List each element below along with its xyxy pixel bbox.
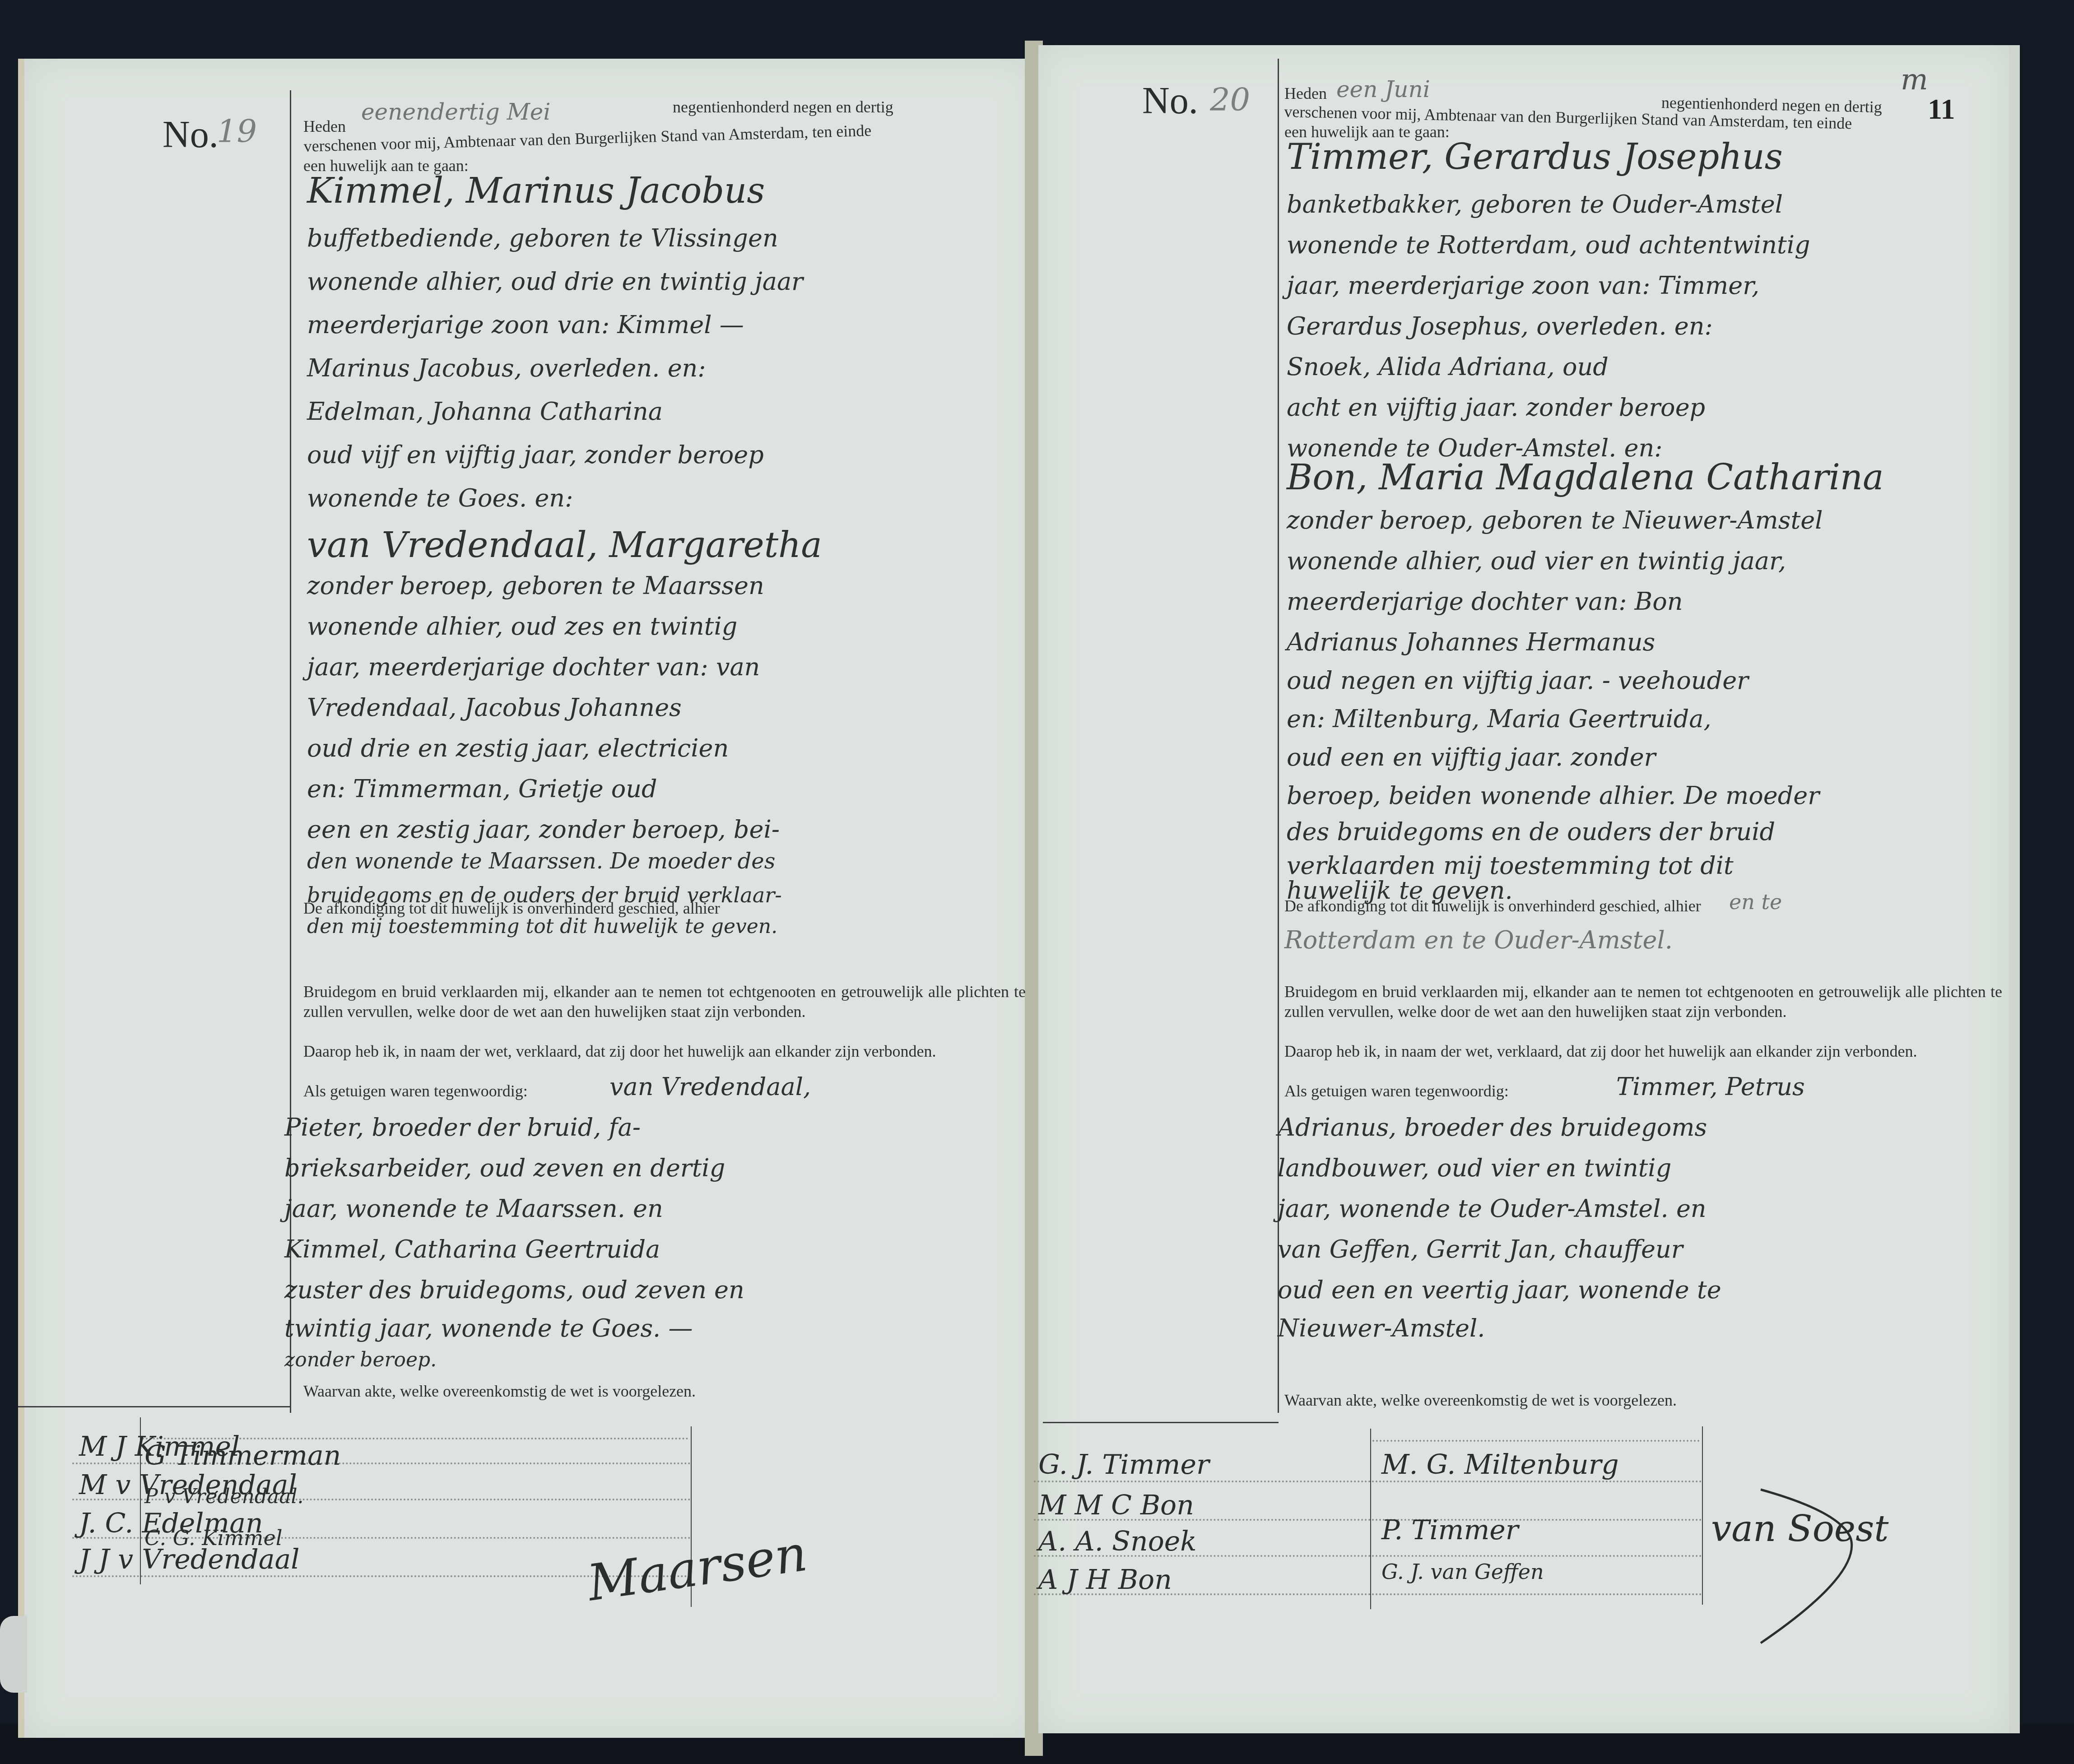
body-line: buffetbediende, geboren te Vlissingen	[307, 217, 778, 260]
witness-line: landbouwer, oud vier en twintig	[1278, 1147, 1671, 1190]
body-line: Marinus Jacobus, overleden. en:	[307, 347, 706, 390]
body-line: jaar, meerderjarige dochter van: van	[307, 645, 760, 689]
witness-line: Adrianus, broeder des bruidegoms	[1278, 1106, 1707, 1149]
witness-line: van Geffen, Gerrit Jan, chauffeur	[1278, 1228, 1683, 1271]
record-number-label: No.	[1142, 79, 1198, 123]
witness-line: brieksarbeider, oud zeven en dertig	[284, 1147, 725, 1190]
body-line: Edelman, Johanna Catharina	[307, 390, 663, 433]
corner-initial-mark: m	[1901, 63, 1928, 97]
page-tab	[0, 1616, 27, 1693]
signature: P v Vredendaal.	[144, 1485, 304, 1508]
body-line: oud vijf en vijftig jaar, zonder beroep	[307, 433, 764, 477]
signature: M. G. Miltenburg	[1381, 1449, 1619, 1481]
body-line: Snoek, Alida Adriana, oud	[1287, 345, 1609, 389]
signature: G. J. van Geffen	[1381, 1560, 1544, 1584]
witness-line: Nieuwer-Amstel.	[1278, 1307, 1485, 1350]
getuigen-label: Als getuigen waren tegenwoordig:	[303, 1081, 528, 1101]
body-line: Vredendaal, Jacobus Johannes	[307, 686, 682, 729]
body-line: jaar, meerderjarige zoon van: Timmer,	[1287, 264, 1759, 307]
body-line: Adrianus Johannes Hermanus	[1287, 621, 1655, 664]
afkondiging-text: De afkondiging tot dit huwelijk is onver…	[303, 898, 720, 918]
body-line: zonder beroep, geboren te Nieuwer-Amstel	[1287, 499, 1823, 542]
witness-line: oud een en veertig jaar, wonende te	[1278, 1268, 1721, 1312]
body-line: van Vredendaal, Margaretha	[307, 524, 822, 567]
witness-line: Pieter, broeder der bruid, fa-	[284, 1106, 641, 1149]
sig-dotted-rule	[1372, 1440, 1700, 1442]
heden-label: Heden	[1284, 84, 1327, 103]
signature-box-top-rule	[18, 1406, 291, 1407]
record-number-label: No.	[163, 113, 219, 157]
sig-dotted-rule	[1034, 1481, 1702, 1482]
body-line: wonende alhier, oud vier en twintig jaar…	[1287, 539, 1786, 583]
witness-line: jaar, wonende te Maarssen. en	[284, 1187, 663, 1230]
record-number-value: 20	[1210, 81, 1250, 118]
signature-box-top-rule	[1043, 1422, 1279, 1423]
slot-text: Waarvan akte, welke overeenkomstig de we…	[303, 1381, 696, 1401]
heden-label: Heden	[303, 116, 346, 136]
sig-column-divider	[1702, 1426, 1703, 1605]
witness-line: jaar, wonende te Ouder-Amstel. en	[1278, 1187, 1707, 1230]
date-handwritten: eenendertig Mei	[361, 90, 550, 134]
body-line: banketbakker, geboren te Ouder-Amstel	[1287, 183, 1783, 226]
witness-line: zuster des bruidegoms, oud zeven en	[284, 1268, 744, 1312]
signature: A. A. Snoek	[1038, 1526, 1197, 1557]
body-line: wonende te Goes. en:	[307, 477, 573, 520]
body-line: acht en vijftig jaar. zonder beroep	[1287, 386, 1705, 429]
body-line: oud negen en vijftig jaar. - veehouder	[1287, 659, 1748, 702]
signature: A J H Bon	[1038, 1564, 1172, 1596]
witness-line: Kimmel, Catharina Geertruida	[284, 1228, 660, 1271]
signature: G Timmerman	[144, 1440, 341, 1472]
body-line: Kimmel, Marinus Jacobus	[307, 169, 765, 213]
body-line: zonder beroep, geboren te Maarssen	[307, 564, 764, 608]
slot-text: Waarvan akte, welke overeenkomstig de we…	[1284, 1390, 1677, 1410]
afkondiging-places: Rotterdam en te Ouder-Amstel.	[1284, 919, 1673, 962]
verklaring-1: Bruidegom en bruid verklaarden mij, elka…	[1284, 982, 2002, 1021]
signature: C. G. Kimmel	[144, 1526, 282, 1550]
body-line: wonende alhier, oud drie en twintig jaar	[307, 260, 803, 303]
year-phrase: negentienhonderd negen en dertig	[673, 97, 893, 117]
body-line: oud een en vijftig jaar. zonder	[1287, 736, 1655, 779]
signature: G. J. Timmer	[1038, 1449, 1209, 1481]
body-line: meerderjarige zoon van: Kimmel —	[307, 303, 744, 347]
verklaring-2: Daarop heb ik, in naam der wet, verklaar…	[303, 1041, 1026, 1061]
signature: M M C Bon	[1038, 1490, 1194, 1521]
getuigen-label: Als getuigen waren tegenwoordig:	[1284, 1081, 1509, 1101]
body-line: Bon, Maria Magdalena Catharina	[1287, 456, 1884, 499]
body-line: en: Timmerman, Grietje oud	[307, 767, 657, 811]
witness-line: van Vredendaal,	[609, 1065, 811, 1109]
verklaring-2: Daarop heb ik, in naam der wet, verklaar…	[1284, 1041, 2002, 1061]
body-line: en: Miltenburg, Maria Geertruida,	[1287, 697, 1711, 741]
witness-line: Timmer, Petrus	[1616, 1065, 1805, 1109]
body-line: wonende te Rotterdam, oud achtentwintig	[1287, 223, 1810, 267]
body-line: meerderjarige dochter van: Bon	[1287, 580, 1683, 623]
record-number-value: 19	[217, 113, 257, 150]
afkondiging-extra: en te	[1729, 880, 1782, 924]
body-line: oud drie en zestig jaar, electricien	[307, 727, 729, 770]
witness-line: zonder beroep.	[284, 1338, 437, 1382]
body-line: wonende alhier, oud zes en twintig	[307, 605, 737, 648]
verklaring-1: Bruidegom en bruid verklaarden mij, elka…	[303, 982, 1026, 1021]
afkondiging-text: De afkondiging tot dit huwelijk is onver…	[1284, 896, 1701, 916]
signature: P. Timmer	[1381, 1514, 1519, 1546]
body-line: Timmer, Gerardus Josephus	[1287, 135, 1783, 179]
body-line: Gerardus Josephus, overleden. en:	[1287, 305, 1713, 348]
signature-flourish-icon	[1752, 1485, 1869, 1648]
